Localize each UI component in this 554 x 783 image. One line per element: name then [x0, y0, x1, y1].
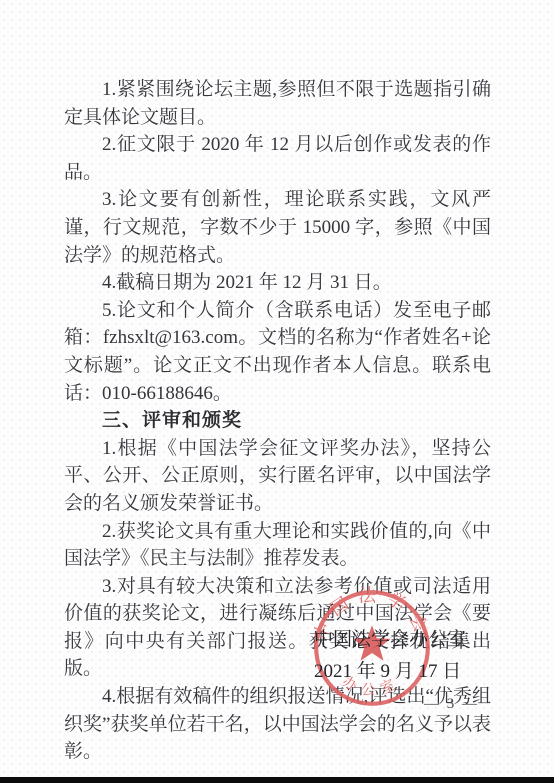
- paragraph-section-2: 2.获奖论文具有重大理论和实践价值的,向《中国法学》《民主与法制》推荐发表。: [64, 518, 491, 573]
- paragraph-intro-2: 2.征文限于 2020 年 12 月以后创作或发表的作品。: [64, 131, 491, 186]
- paragraph-intro-5: 5.论文和个人简介（含联系电话）发至电子邮箱：fzhsxlt@163.com。文…: [64, 297, 491, 407]
- page-number: — 3 —: [424, 696, 479, 713]
- scan-edge-bottom: [0, 777, 554, 783]
- paragraph-section-1: 1.根据《中国法学会征文评奖办法》，坚持公平、公开、公正原则，实行匿名评审，以中…: [64, 435, 491, 518]
- signature-date: 2021 年 9 月 17 日: [314, 656, 466, 688]
- paragraph-intro-4: 4.截稿日期为 2021 年 12 月 31 日。: [64, 269, 491, 297]
- paragraph-intro-3: 3.论文要有创新性，理论联系实践，文风严谨，行文规范，字数不少于 15000 字…: [64, 186, 491, 269]
- signature-block: 中国法学会办公室 2021 年 9 月 17 日: [314, 624, 466, 688]
- document-page: 1.紧紧围绕论坛主题,参照但不限于选题指引确定具体论文题目。 2.征文限于 20…: [0, 0, 554, 783]
- signature-organization: 中国法学会办公室: [314, 624, 466, 656]
- paragraph-intro-1: 1.紧紧围绕论坛主题,参照但不限于选题指引确定具体论文题目。: [64, 76, 491, 131]
- section-heading: 三、评审和颁奖: [64, 407, 491, 435]
